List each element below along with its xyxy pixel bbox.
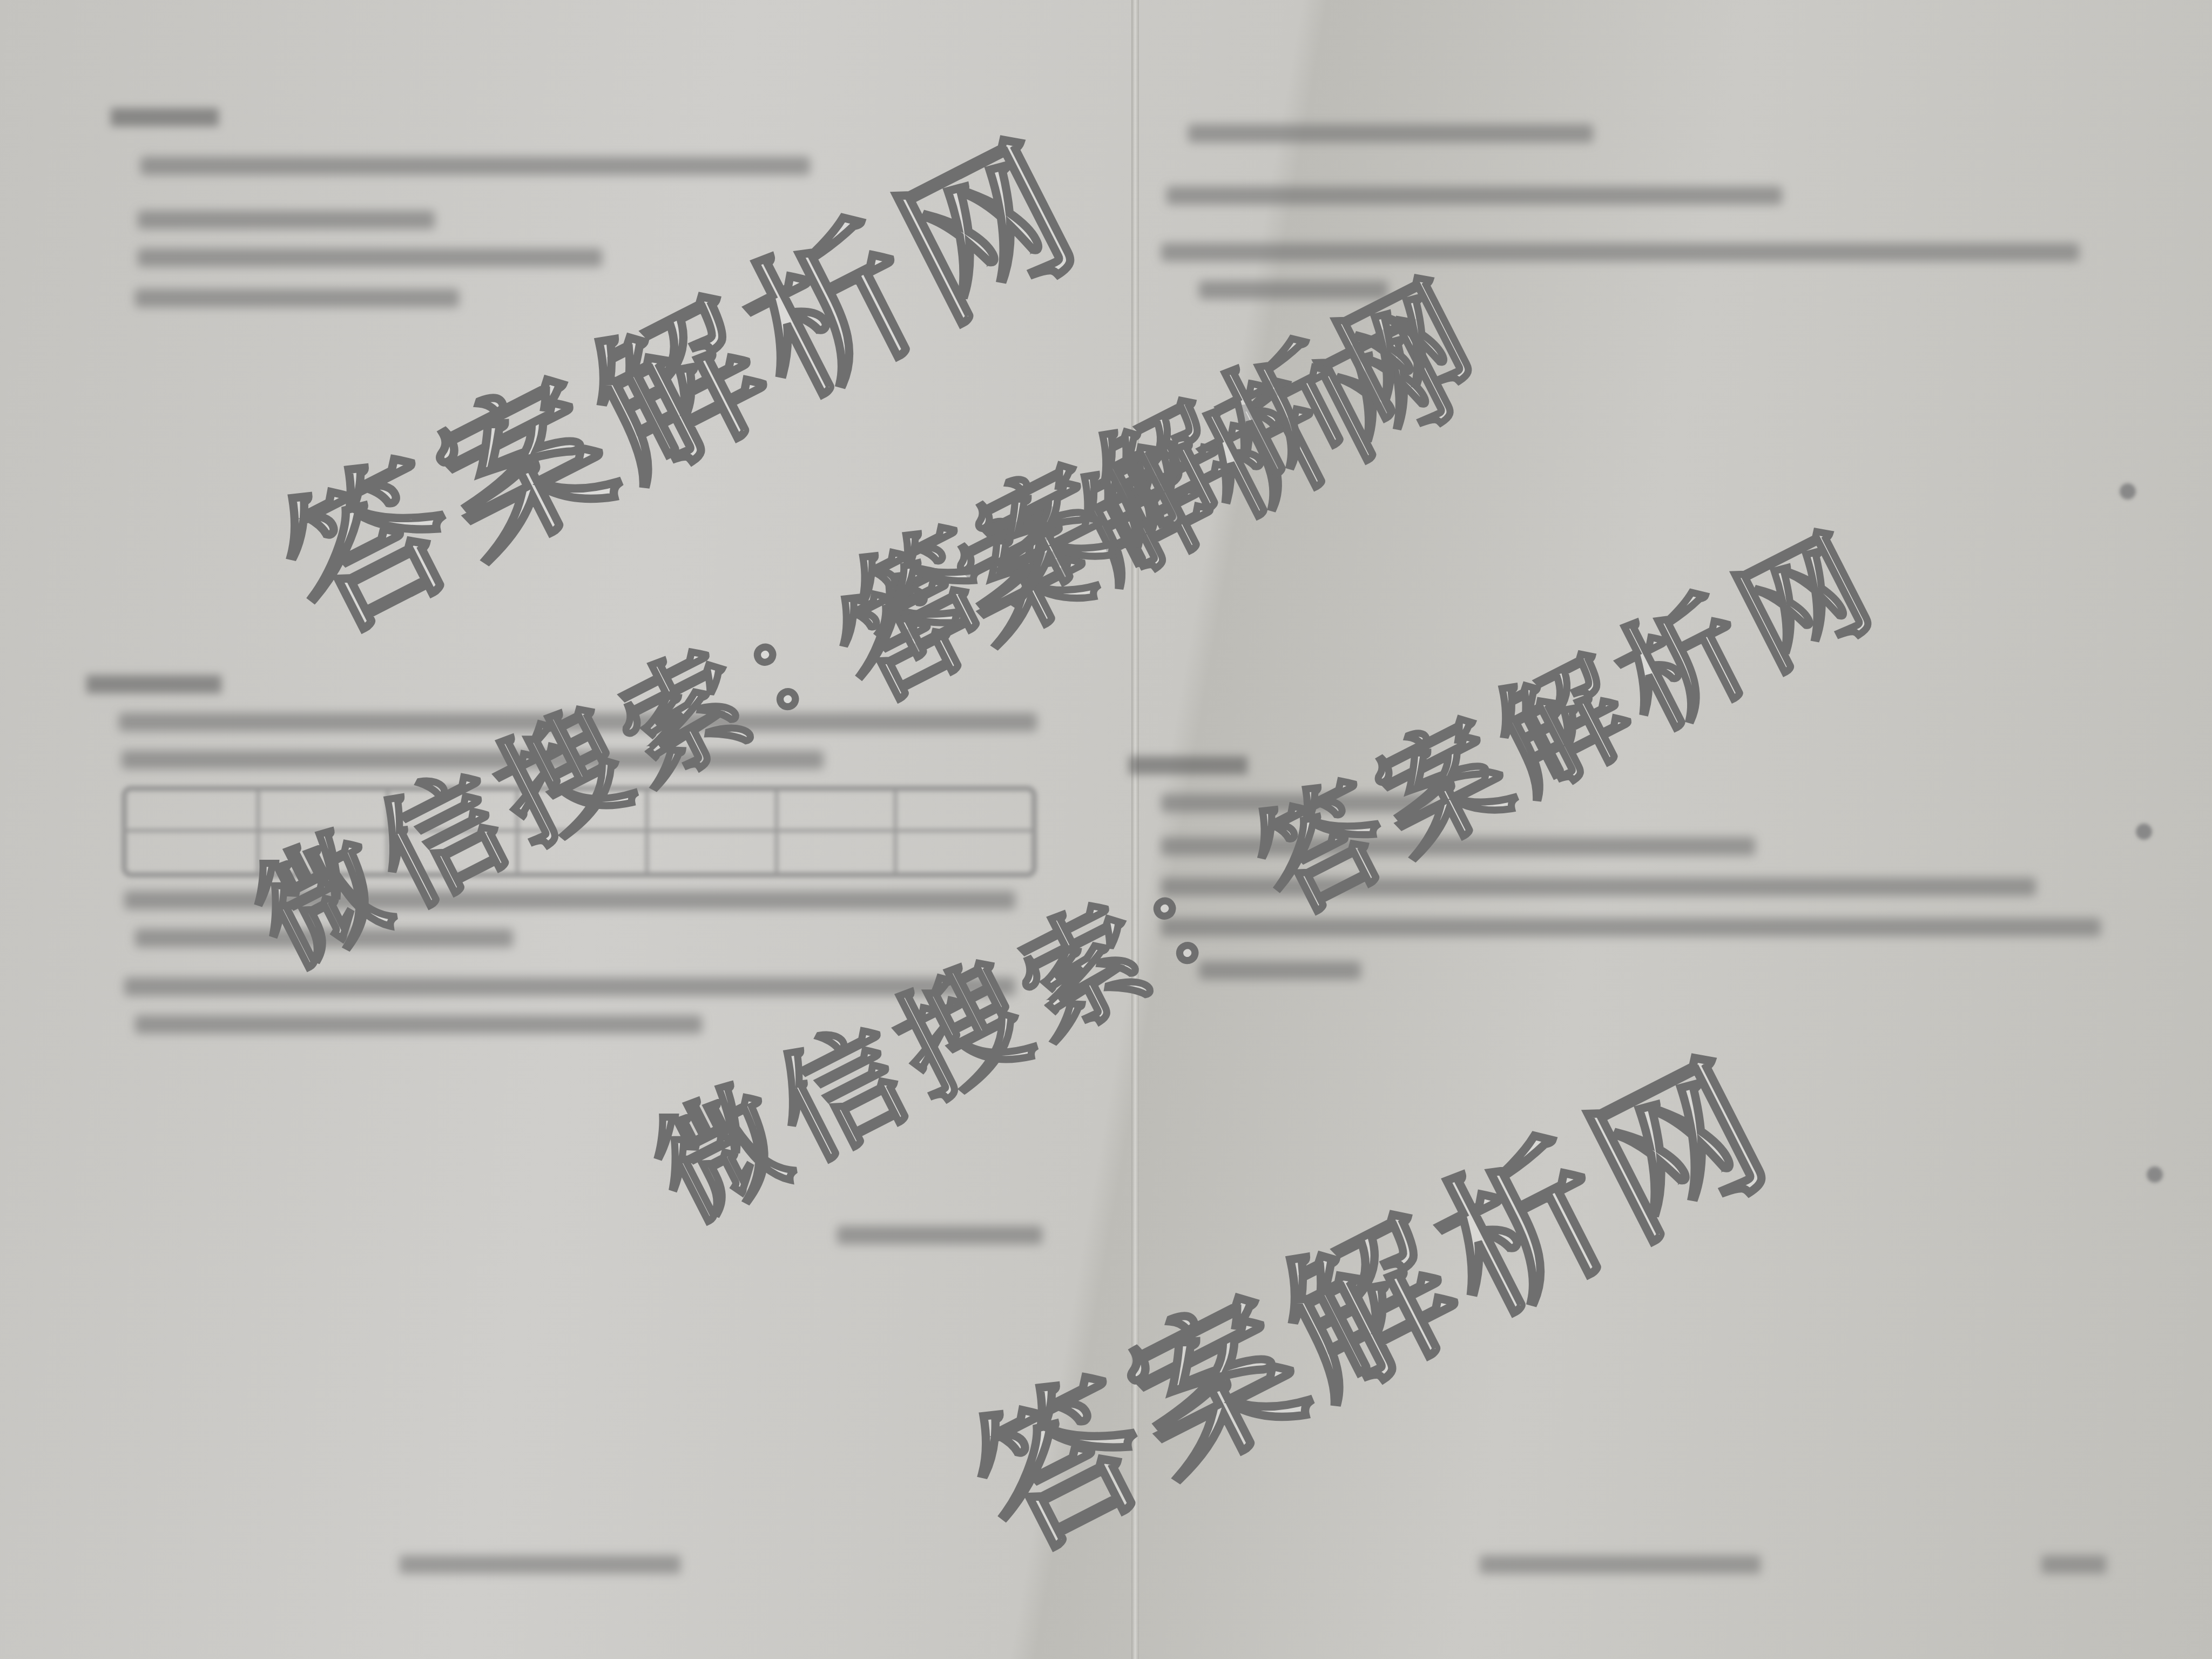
- text-line: [138, 248, 602, 267]
- text-line: [837, 1226, 1042, 1244]
- text-line: [135, 1015, 702, 1034]
- question-header: [86, 675, 221, 693]
- text-line: [135, 289, 459, 307]
- question-header: [111, 108, 219, 126]
- text-line: [140, 157, 810, 175]
- binding-hole: [2147, 1166, 2163, 1183]
- question-header: [1129, 756, 1247, 774]
- text-line: [1166, 186, 1782, 205]
- page-footer: [1480, 1555, 1761, 1574]
- page-number: [2041, 1555, 2106, 1574]
- text-line: [1161, 243, 2079, 261]
- page-footer: [400, 1555, 680, 1574]
- text-line: [138, 211, 435, 229]
- text-line: [1188, 124, 1593, 143]
- binding-hole: [2120, 483, 2136, 500]
- binding-hole: [2136, 824, 2152, 840]
